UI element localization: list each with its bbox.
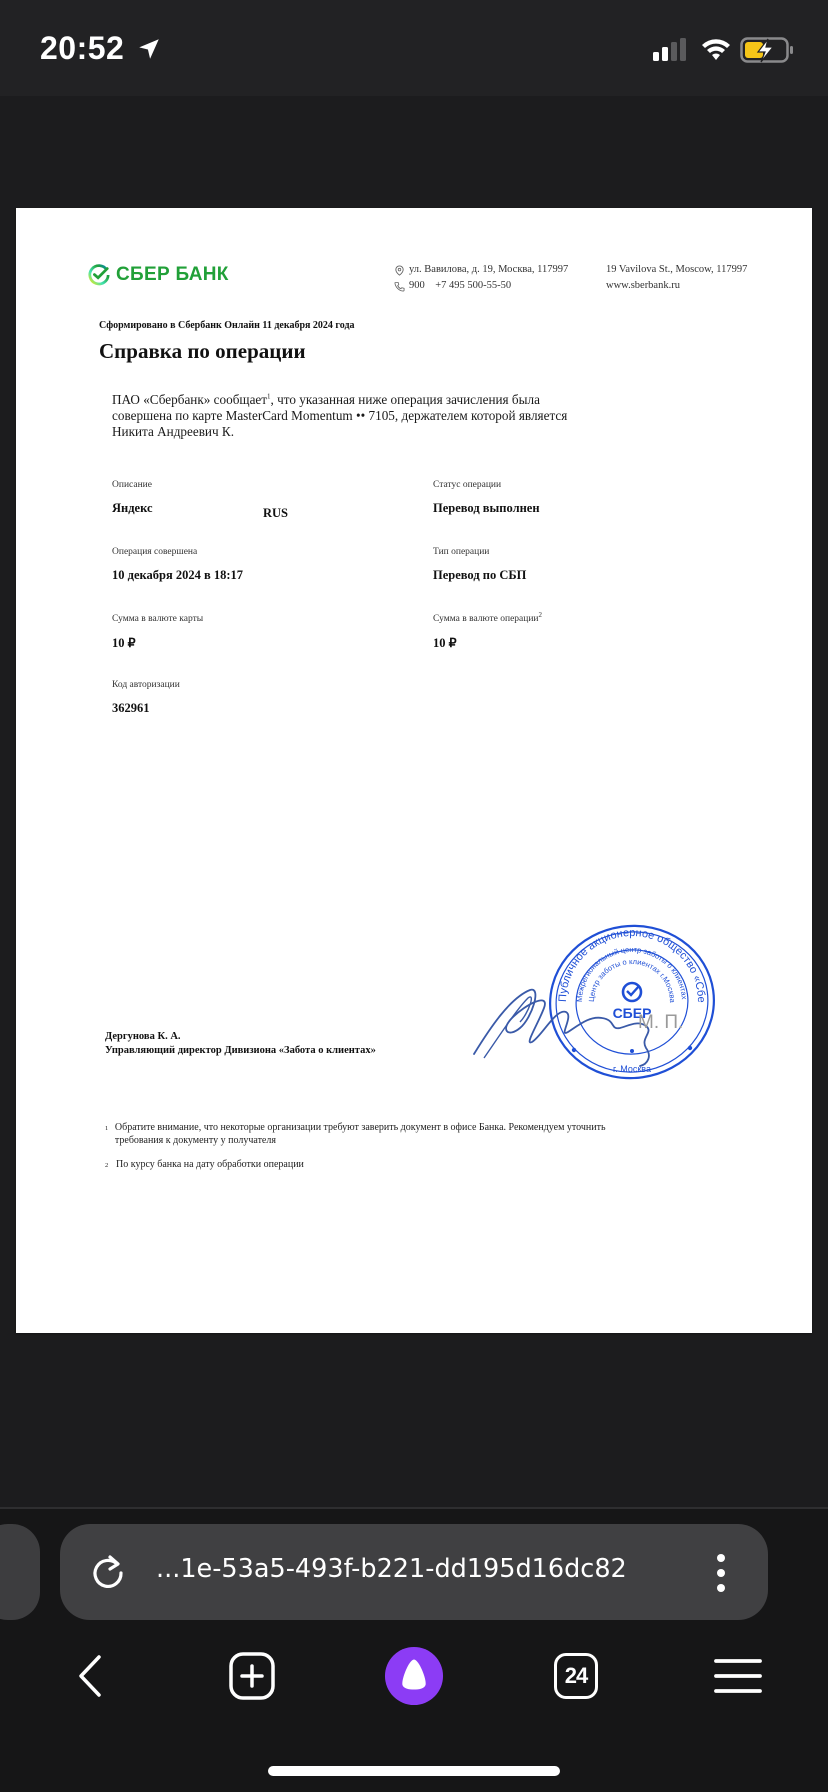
logo-text: СБЕР БАНК	[116, 264, 229, 286]
signer-block: Дергунова К. А. Управляющий директор Див…	[105, 1030, 376, 1058]
field-amount-card: Сумма в валюте карты 10 ₽	[112, 614, 203, 651]
back-icon	[75, 1654, 105, 1698]
alice-assistant-button[interactable]	[384, 1648, 444, 1704]
url-text[interactable]: ...1e-53a5-493f-b221-dd195d16dc82	[156, 1554, 684, 1584]
sber-check-icon	[88, 264, 110, 286]
previous-tab-peek[interactable]	[0, 1524, 40, 1620]
menu-button[interactable]	[708, 1648, 768, 1704]
reload-icon[interactable]	[88, 1553, 128, 1593]
footnote-number: 2	[105, 1158, 110, 1172]
field-label: Описание	[112, 480, 153, 490]
alice-assistant-icon	[384, 1645, 444, 1707]
field-description: Описание Яндекс	[112, 480, 153, 516]
tabs-button[interactable]: 24	[546, 1648, 606, 1704]
menu-icon	[713, 1657, 763, 1695]
new-tab-icon	[228, 1651, 276, 1701]
field-label: Тип операции	[433, 547, 526, 557]
bank-contacts-en: 19 Vavilova St., Moscow, 117997 www.sber…	[606, 262, 747, 294]
signer-name: Дергунова К. А.	[105, 1030, 376, 1044]
field-value: 10 ₽	[112, 635, 203, 651]
document-page: СБЕР БАНК ул. Вавилова, д. 19, Москва, 1…	[16, 208, 812, 1333]
intro-part1: ПАО «Сбербанк» сообщает	[112, 392, 267, 407]
page-title: Справка по операции	[99, 339, 306, 364]
home-indicator[interactable]	[268, 1766, 560, 1776]
status-bar: 20:52	[0, 0, 828, 96]
back-button[interactable]	[60, 1648, 120, 1704]
field-status: Статус операции Перевод выполнен	[433, 480, 540, 516]
field-value: 10 ₽	[433, 635, 542, 651]
website: www.sberbank.ru	[606, 278, 747, 294]
more-options-icon[interactable]	[710, 1550, 732, 1596]
tabs-icon: 24	[554, 1653, 598, 1699]
footnote-text: Обратите внимание, что некоторые организ…	[115, 1121, 625, 1147]
wifi-icon	[700, 36, 732, 62]
signer-position: Управляющий директор Дивизиона «Забота о…	[105, 1044, 376, 1058]
footnote: 2 По курсу банка на дату обработки опера…	[105, 1158, 625, 1172]
field-label: Статус операции	[433, 480, 540, 490]
field-performed: Операция совершена 10 декабря 2024 в 18:…	[112, 547, 243, 583]
field-value: 10 декабря 2024 в 18:17	[112, 568, 243, 583]
address-en: 19 Vavilova St., Moscow, 117997	[606, 262, 747, 278]
footnotes: 1 Обратите внимание, что некоторые орган…	[105, 1121, 625, 1183]
field-auth-code: Код авторизации 362961	[112, 680, 180, 716]
sberbank-logo: СБЕР БАНК	[88, 264, 229, 286]
footnote-number: 1	[105, 1121, 109, 1147]
cellular-signal-icon	[651, 38, 691, 62]
field-value: Перевод по СБП	[433, 568, 526, 583]
address-ru: ул. Вавилова, д. 19, Москва, 117997	[409, 262, 568, 278]
location-pin-icon	[394, 265, 405, 276]
bank-contacts-ru: ул. Вавилова, д. 19, Москва, 117997 900 …	[394, 262, 568, 294]
intro-text: ПАО «Сбербанк» сообщает1, что указанная …	[112, 392, 592, 440]
generated-note: Сформировано в Сбербанк Онлайн 11 декабр…	[99, 320, 355, 331]
phone-icon	[394, 281, 405, 292]
battery-charging-icon	[740, 37, 796, 63]
status-time: 20:52	[40, 30, 124, 67]
location-arrow-icon	[136, 36, 162, 62]
field-label: Код авторизации	[112, 680, 180, 690]
field-label: Операция совершена	[112, 547, 243, 557]
footnote-ref-2: 2	[539, 611, 543, 619]
field-amount-operation: Сумма в валюте операции2 10 ₽	[433, 614, 542, 651]
field-value: 362961	[112, 701, 180, 716]
field-value: Яндекс	[112, 501, 153, 516]
phone: 900 +7 495 500-55-50	[409, 278, 511, 294]
field-label: Сумма в валюте операции2	[433, 614, 542, 624]
label-text: Сумма в валюте операции	[433, 614, 539, 624]
new-tab-button[interactable]	[222, 1648, 282, 1704]
field-label: Сумма в валюте карты	[112, 614, 203, 624]
field-type: Тип операции Перевод по СБП	[433, 547, 526, 583]
description-country: RUS	[263, 506, 288, 521]
footnote-text: По курсу банка на дату обработки операци…	[116, 1158, 304, 1172]
signature	[470, 968, 660, 1078]
footnote: 1 Обратите внимание, что некоторые орган…	[105, 1121, 625, 1147]
stamp-place-mark: М. П.	[638, 1012, 683, 1034]
field-value: Перевод выполнен	[433, 501, 540, 516]
